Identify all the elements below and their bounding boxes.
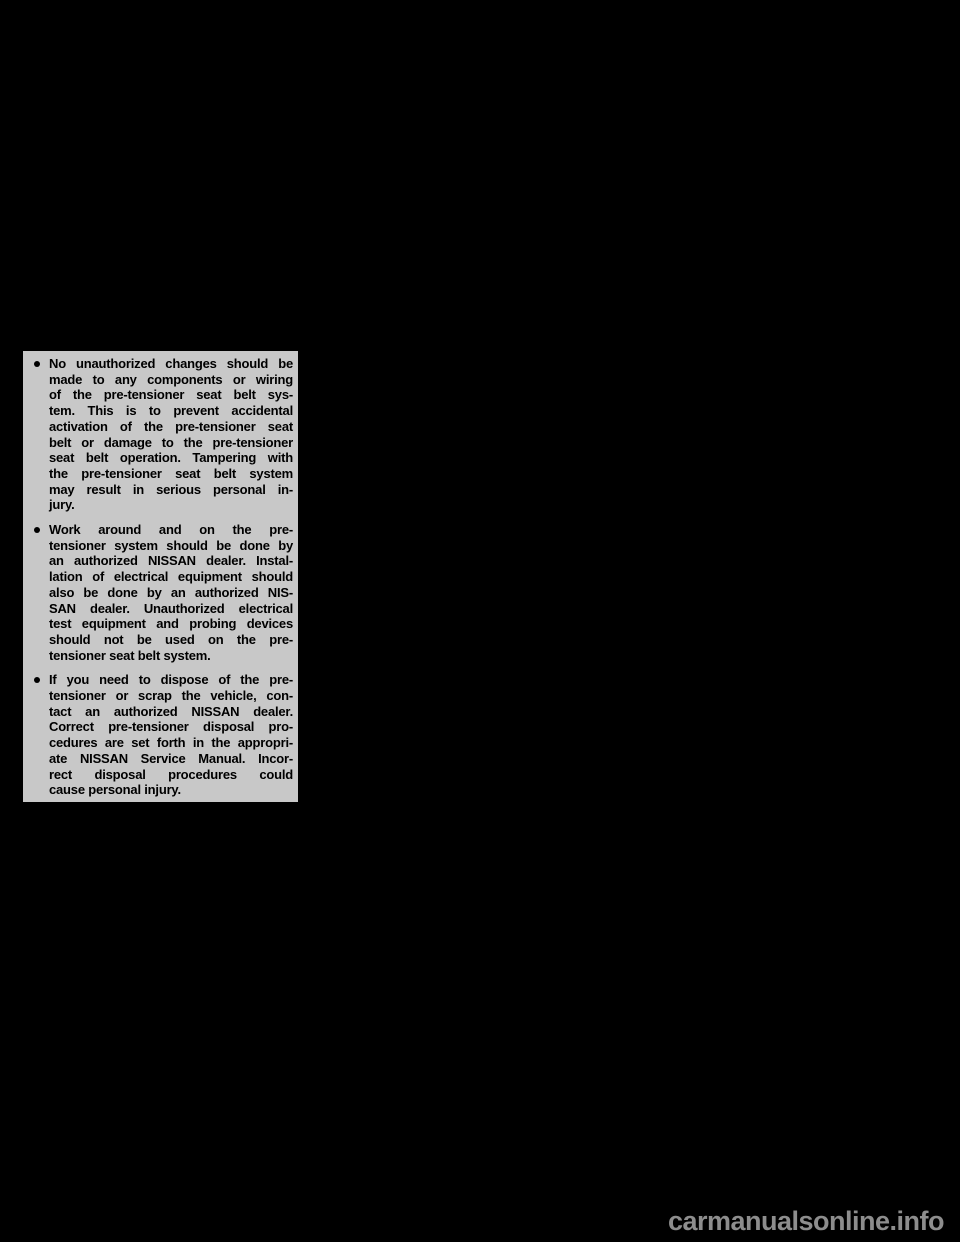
text-line: should not be used on the pre- — [49, 632, 293, 648]
text-line: activation of the pre-tensioner seat — [49, 419, 293, 435]
warning-box: No unauthorized changes should bemade to… — [23, 351, 298, 802]
bullet-text: No unauthorized changes should bemade to… — [49, 356, 293, 513]
text-line: tensioner or scrap the vehicle, con- — [49, 688, 293, 704]
warning-bullet: No unauthorized changes should bemade to… — [34, 356, 293, 513]
warning-bullet: If you need to dispose of the pre-tensio… — [34, 672, 293, 798]
bullet-icon — [34, 677, 40, 683]
watermark-text: carmanualsonline.info — [668, 1206, 944, 1237]
warning-bullet: Work around and on the pre-tensioner sys… — [34, 522, 293, 663]
text-line: cedures are set forth in the appropri- — [49, 735, 293, 751]
text-line: cause personal injury. — [49, 782, 293, 798]
text-line: ate NISSAN Service Manual. Incor- — [49, 751, 293, 767]
manual-page: No unauthorized changes should bemade to… — [0, 0, 960, 1242]
text-line: tem. This is to prevent accidental — [49, 403, 293, 419]
text-line: tact an authorized NISSAN dealer. — [49, 704, 293, 720]
text-line: rect disposal procedures could — [49, 767, 293, 783]
text-line: also be done by an authorized NIS- — [49, 585, 293, 601]
text-line: may result in serious personal in- — [49, 482, 293, 498]
text-line: If you need to dispose of the pre- — [49, 672, 293, 688]
text-line: test equipment and probing devices — [49, 616, 293, 632]
bullet-text: If you need to dispose of the pre-tensio… — [49, 672, 293, 798]
text-line: seat belt operation. Tampering with — [49, 450, 293, 466]
text-line: Correct pre-tensioner disposal pro- — [49, 719, 293, 735]
text-line: the pre-tensioner seat belt system — [49, 466, 293, 482]
text-line: lation of electrical equipment should — [49, 569, 293, 585]
text-line: No unauthorized changes should be — [49, 356, 293, 372]
text-line: SAN dealer. Unauthorized electrical — [49, 601, 293, 617]
text-line: jury. — [49, 497, 293, 513]
text-line: an authorized NISSAN dealer. Instal- — [49, 553, 293, 569]
bullet-icon — [34, 527, 40, 533]
text-line: belt or damage to the pre-tensioner — [49, 435, 293, 451]
text-line: tensioner system should be done by — [49, 538, 293, 554]
text-line: made to any components or wiring — [49, 372, 293, 388]
text-line: of the pre-tensioner seat belt sys- — [49, 387, 293, 403]
text-line: tensioner seat belt system. — [49, 648, 293, 664]
bullet-icon — [34, 361, 40, 367]
text-line: Work around and on the pre- — [49, 522, 293, 538]
bullet-text: Work around and on the pre-tensioner sys… — [49, 522, 293, 663]
